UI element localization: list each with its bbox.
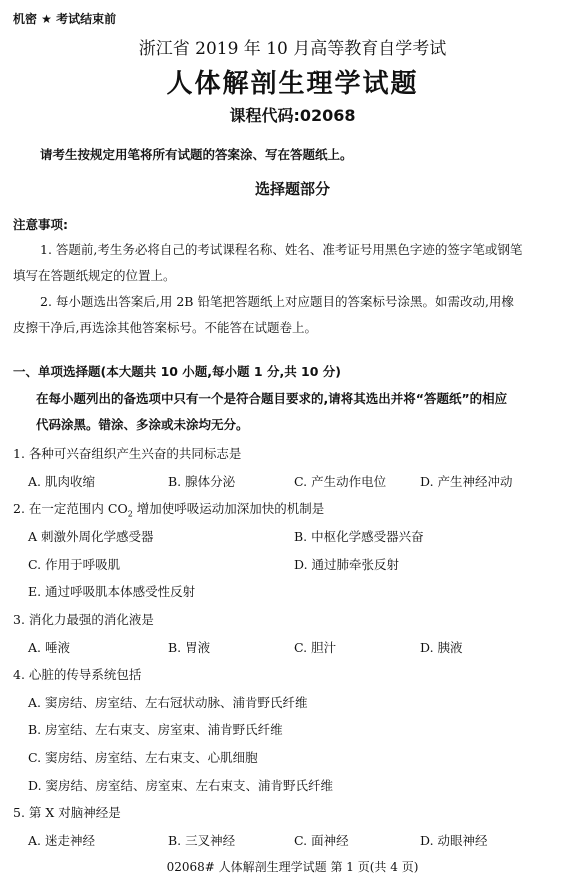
option-d: D. 产生神经冲动 <box>420 472 513 490</box>
exam-name: 浙江省 2019 年 10 月高等教育自学考试 <box>0 34 585 59</box>
note-line: 皮擦干净后,再选涂其他答案标号。不能答在试题卷上。 <box>13 318 317 336</box>
question-stem: 5. 第 X 对脑神经是 <box>13 803 121 821</box>
question-stem: 1. 各种可兴奋组织产生兴奋的共同标志是 <box>13 444 241 462</box>
option-c: C. 面神经 <box>294 831 349 849</box>
option-a: A. 迷走神经 <box>28 831 95 849</box>
note-line: 填写在答题纸规定的位置上。 <box>13 266 176 284</box>
course-code: 课程代码:02068 <box>0 103 585 126</box>
option-a: A. 肌肉收缩 <box>28 472 95 490</box>
part-heading: 一、单项选择题(本大题共 10 小题,每小题 1 分,共 10 分) <box>13 362 341 380</box>
option-d: D. 通过肺牵张反射 <box>294 555 399 573</box>
option-a: A. 唾液 <box>28 638 70 656</box>
option-c: C. 窦房结、房室结、左右束支、心肌细胞 <box>28 748 258 766</box>
note-line: 1. 答题前,考生务必将自己的考试课程名称、姓名、准考证号用黑色字迹的签字笔或钢… <box>40 240 522 258</box>
note-line: 2. 每小题选出答案后,用 2B 铅笔把答题纸上对应题目的答案标号涂黑。如需改动… <box>40 292 514 310</box>
question-stem: 4. 心脏的传导系统包括 <box>13 665 141 683</box>
option-b: B. 胃液 <box>168 638 210 656</box>
page-title: 人体解剖生理学试题 <box>0 63 585 100</box>
option-b: B. 房室结、左右束支、房室束、浦肯野氏纤维 <box>28 720 283 738</box>
notes-heading: 注意事项: <box>13 215 68 233</box>
option-c: C. 作用于呼吸肌 <box>28 555 120 573</box>
option-b: B. 腺体分泌 <box>168 472 235 490</box>
option-c: C. 产生动作电位 <box>294 472 386 490</box>
option-a: A. 窦房结、房室结、左右冠状动脉、浦肯野氏纤维 <box>28 693 307 711</box>
option-d: D. 胰液 <box>420 638 463 656</box>
option-c: C. 胆汁 <box>294 638 336 656</box>
option-e: E. 通过呼吸肌本体感受性反射 <box>28 582 195 600</box>
option-b: B. 中枢化学感受器兴奋 <box>294 527 424 545</box>
part-description-line: 在每小题列出的备选项中只有一个是符合题目要求的,请将其选出并将“答题纸”的相应 <box>36 389 507 407</box>
option-a: A 刺激外周化学感受器 <box>28 527 154 545</box>
general-instruction: 请考生按规定用笔将所有试题的答案涂、写在答题纸上。 <box>40 145 353 163</box>
part-description-line: 代码涂黑。错涂、多涂或未涂均无分。 <box>36 415 249 433</box>
question-stem-post: 增加使呼吸运动加深加快的机制是 <box>133 501 324 516</box>
option-d: D. 窦房结、房室结、房室束、左右束支、浦肯野氏纤维 <box>28 776 333 794</box>
section-title: 选择题部分 <box>0 178 585 199</box>
confidential-label: 机密 ★ 考试结束前 <box>13 10 116 27</box>
option-b: B. 三叉神经 <box>168 831 235 849</box>
question-stem-pre: 2. 在一定范围内 CO <box>13 501 128 516</box>
question-stem: 3. 消化力最强的消化液是 <box>13 610 154 628</box>
option-d: D. 动眼神经 <box>420 831 488 849</box>
page-footer: 02068# 人体解剖生理学试题 第 1 页(共 4 页) <box>0 858 585 875</box>
question-stem: 2. 在一定范围内 CO2 增加使呼吸运动加深加快的机制是 <box>13 499 324 519</box>
